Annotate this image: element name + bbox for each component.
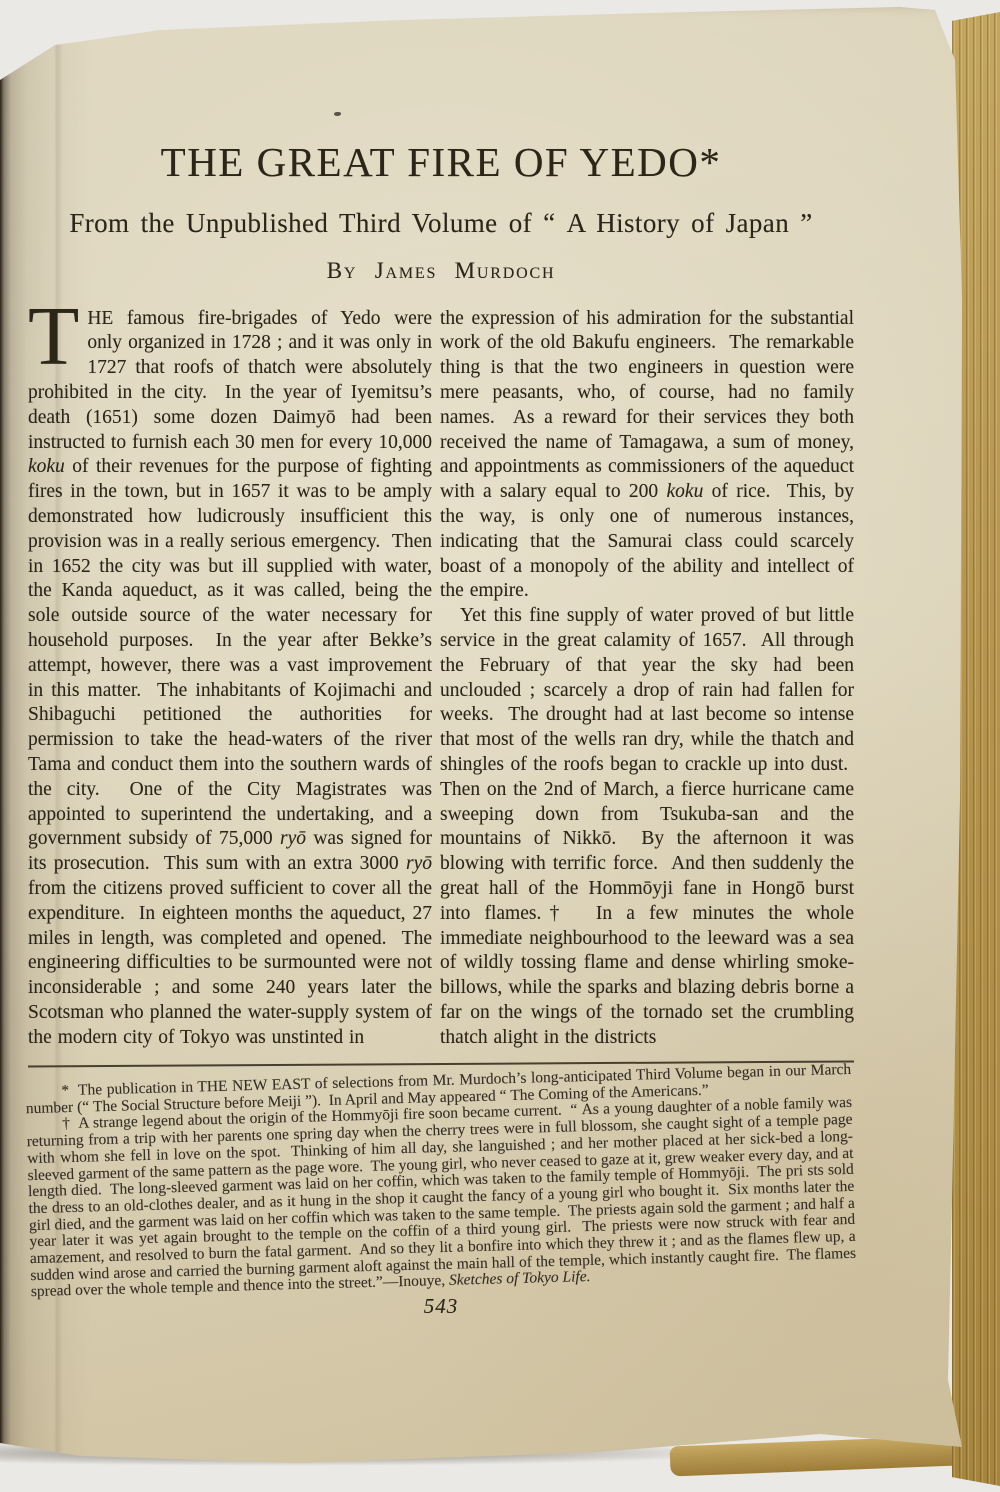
footnote-2: † A strange legend about the origin of t… [26,1095,857,1301]
footnotes: * The publication in THE NEW EAST of sel… [25,1061,857,1300]
paragraph-1-text: HE famous fire-brigades of Yedo were onl… [28,308,432,1048]
ink-speck [334,112,341,116]
page-content: THE GREAT FIRE OF YEDO* From the Unpubli… [28,0,854,1319]
body-column-left: THE famous fire-brigades of Yedo were on… [28,307,432,1051]
drop-cap: T [28,307,87,369]
article-title: THE GREAT FIRE OF YEDO* [28,140,854,186]
body-column-right: the expression of his admiration for the… [440,307,854,1051]
article-subtitle: From the Unpublished Third Volume of “ A… [28,209,854,239]
paragraph-1: THE famous fire-brigades of Yedo were on… [28,307,432,1051]
paragraph-1-continued: the expression of his admiration for the… [440,307,854,605]
paragraph-2: Yet this fine supply of water proved of … [440,604,854,1050]
byline: By James Murdoch [28,258,854,284]
book-page: THE GREAT FIRE OF YEDO* From the Unpubli… [0,0,1000,1492]
body-columns: THE famous fire-brigades of Yedo were on… [28,307,854,1051]
